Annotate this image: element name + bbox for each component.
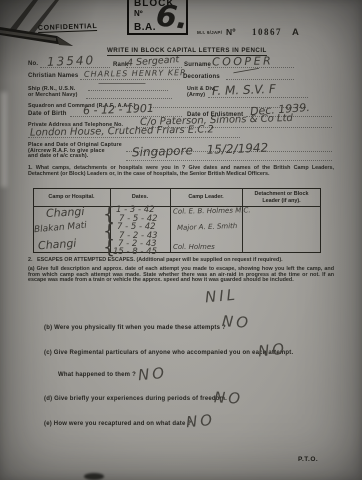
table-header-leader: Camp Leader. <box>170 194 242 200</box>
table-row-3-leader: Col. Holmes <box>173 243 215 251</box>
section-2-heading: 2. ESCAPES OR ATTEMPTED ESCAPES. (Additi… <box>28 258 340 264</box>
question-2e-text: (e) How were you recaptured and on what … <box>44 421 191 427</box>
section-2-title: ESCAPES OR ATTEMPTED ESCAPES. <box>37 257 135 263</box>
field-decorations-line <box>226 79 294 80</box>
field-capture-value: Singapore 15/2/1942 <box>132 141 269 160</box>
pow-questionnaire-document: CONFIDENTIAL BLOCK Nº B.A. 6. M.I. 9/JAP… <box>0 0 362 480</box>
stamp-no-label: Nº <box>134 9 143 18</box>
field-christian-value: CHARLES HENRY KER <box>84 68 187 79</box>
question-2a-text: (a) Give full description and approx. da… <box>28 267 334 284</box>
section-2-number: 2. <box>28 257 33 263</box>
field-unit-value: F. M. S.V. F <box>212 82 276 98</box>
field-ship-line-1 <box>88 90 168 91</box>
table-row-3-camp: Changi <box>38 237 77 253</box>
table-header-detachment-line2: Leader (if any). <box>242 198 321 204</box>
table-header-detachment-line1: Detachment or Block <box>242 191 321 197</box>
table-row-2-leader: Major A. E. Smith <box>177 221 238 231</box>
field-dob-label: Date of Birth <box>28 111 67 117</box>
field-dob-value: 6 - 12 - 1901 <box>83 102 154 117</box>
field-ship-line-2 <box>86 98 172 99</box>
stamp-ba-label: B.A. <box>134 22 156 33</box>
answer-2a: NIL <box>204 286 238 307</box>
question-2d-text: (d) Give briefly your experiences during… <box>44 396 227 402</box>
ref-series: A <box>292 27 299 38</box>
field-ship-label-2: or Merchant Navy) <box>28 92 78 98</box>
table-header-camp: Camp or Hospital. <box>33 194 110 200</box>
table-row-3-date-to: 15 - 8 - 45 <box>113 247 157 257</box>
field-capture-label-3: and date of a/c crash). <box>28 153 89 159</box>
question-2c-text: (c) Give Regimental particulars of anyon… <box>44 350 293 356</box>
ref-number: 10867 <box>252 27 282 37</box>
block-number-handwritten: 6. <box>154 0 190 37</box>
question-1-text: 1. What camps, detachments or hospitals … <box>28 166 334 177</box>
field-no-label: No. <box>28 61 38 67</box>
ref-no-label: Nº <box>226 27 236 37</box>
field-christian-label: Christian Names <box>28 73 78 79</box>
field-unit-label-2: (Army) <box>187 92 205 98</box>
ref-prefix: M.I. 9/JAP/ <box>197 30 222 35</box>
paper-edge-highlight <box>0 92 7 187</box>
field-ship-value: — <box>96 78 148 89</box>
pto-label: P.T.O. <box>298 456 318 463</box>
answer-2c: NO <box>257 340 288 361</box>
field-no-value: 13540 <box>47 53 96 69</box>
table-header-dates: Dates. <box>110 194 170 200</box>
section-2-title-note: (Additional paper will be supplied on re… <box>136 257 282 263</box>
table-row-1-camp: Changi <box>46 205 85 220</box>
field-capture-line-2 <box>126 160 332 161</box>
answer-2b: NO <box>221 312 251 332</box>
answer-2d: NO <box>214 388 244 407</box>
question-2b-text: (b) Were you physically fit when you mad… <box>44 325 226 331</box>
question-2c-followup-text: What happened to them ? <box>58 372 136 378</box>
field-decorations-label: Decorations <box>183 74 220 80</box>
answer-2e: NO <box>185 411 215 431</box>
ink-smudge <box>84 473 104 480</box>
answer-2c-followup: NO <box>137 364 167 384</box>
table-row-1-leader: Col. E. B. Holmes M.C. <box>173 206 251 215</box>
